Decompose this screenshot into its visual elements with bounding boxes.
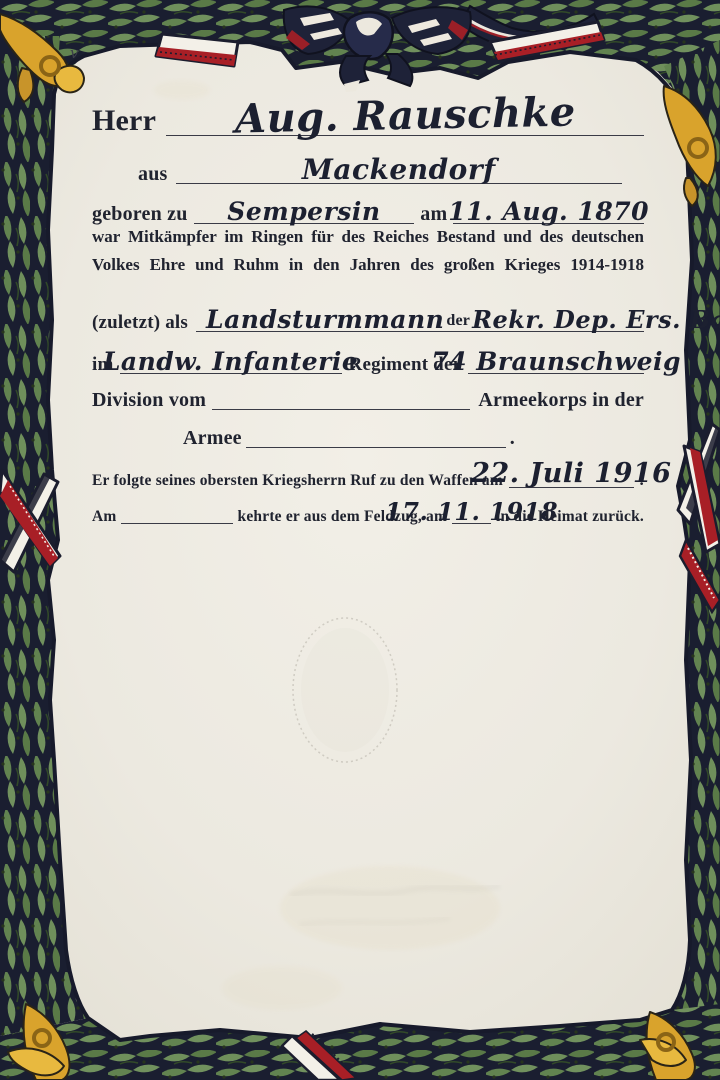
regiment-fill-line: 74 Braunschweig [468, 350, 644, 374]
rank-value: Landsturmmann [206, 308, 444, 331]
armee-line: Armee . [183, 418, 515, 448]
origin-fill-line: Mackendorf [176, 157, 622, 184]
herr-label: Herr [92, 106, 166, 136]
geboren-label: geboren zu [92, 204, 194, 224]
return-line: Am kehrte er aus dem Feldzug, am 17. 11.… [92, 492, 644, 524]
birthplace-value: Sempersin [227, 200, 380, 223]
return-blank-line [121, 523, 233, 524]
birthdate-fill-line: 11. Aug. 1870 [453, 200, 644, 224]
name-fill-line: Aug. Rauschke [166, 98, 644, 136]
armee-blank-line [246, 447, 506, 448]
body-paragraph-line1: war Mitkämpfer im Ringen für des Reiches… [92, 228, 644, 245]
zuletzt-label: (zuletzt) als [92, 313, 196, 332]
unit-value: Rekr. Dep. Ers. Batl. [472, 309, 720, 331]
birth-line: geboren zu Sempersin am 11. Aug. 1870 [92, 190, 644, 224]
der-label: der [444, 313, 472, 331]
certificate-photo: v Herr Aug. Rauschke aus Mackendorf gebo… [0, 0, 720, 1080]
am2-label: Am [92, 509, 121, 525]
aus-label: aus [138, 164, 176, 184]
certificate-text-area: v Herr Aug. Rauschke aus Mackendorf gebo… [0, 0, 720, 1080]
name-value: Aug. Rauschke [234, 95, 575, 139]
rank-line: (zuletzt) als Landsturmmann der Rekr. De… [92, 294, 644, 332]
origin-line: aus Mackendorf [138, 148, 622, 184]
return-end-label: in die Heimat zurück. [491, 509, 644, 525]
armeekorps-label: Armeekorps in der [470, 390, 644, 410]
birthdate-value: 11. Aug. 1870 [448, 200, 649, 223]
return-date-fill-line: 17. 11. 1918 [452, 501, 491, 524]
origin-value: Mackendorf [302, 157, 496, 183]
division-blank-line [212, 409, 470, 410]
armee-label: Armee [183, 428, 246, 448]
regiment-line: im Landw. Infanterie Regiment der 74 Bra… [92, 336, 644, 374]
birthplace-fill-line: Sempersin [194, 200, 415, 224]
call-up-period: . [634, 471, 644, 488]
branch-fill-line: Landw. Infanterie [120, 350, 342, 374]
pencil-check-mark: v [70, 44, 78, 62]
call-up-label: Er folgte seines obersten Kriegsherrn Ru… [92, 473, 509, 489]
branch-value: Landw. Infanterie [103, 350, 358, 373]
armee-period: . [506, 428, 515, 448]
call-up-line: Er folgte seines obersten Kriegsherrn Ru… [92, 452, 644, 488]
name-line: Herr Aug. Rauschke [92, 84, 644, 136]
division-line: Division vom Armeekorps in der [92, 380, 644, 410]
division-label: Division vom [92, 390, 212, 410]
rank-fill-line: Landsturmmann der Rekr. Dep. Ers. Batl. [196, 308, 644, 332]
call-up-fill-line: 22. Juli 1916 [509, 462, 634, 488]
regiment-value: 74 Braunschweig [431, 350, 681, 373]
body-paragraph-line2: Volkes Ehre und Ruhm in den Jahren des g… [92, 256, 644, 273]
